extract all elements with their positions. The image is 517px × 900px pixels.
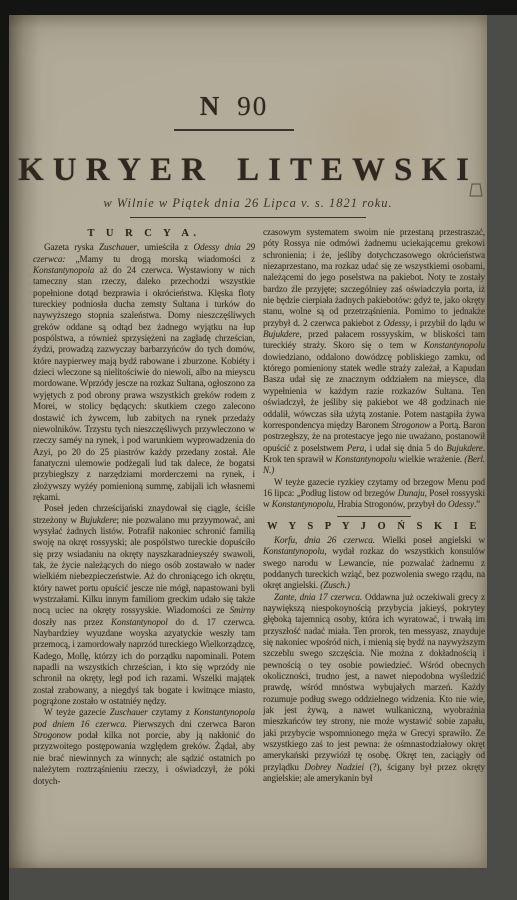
section-heading-turcya: T U R C Y A. [33,228,255,239]
paragraph: czasowym systematem swoim nie przestaną … [263,227,485,477]
issue-number-line: N90 [0,91,473,122]
article-columns: T U R C Y A. Gazeta ryska Zuschauer, umi… [9,218,487,845]
issue-prefix: N [200,91,222,121]
section-heading-wyspy-jonskie: W Y S P Y J O Ń S K I E [263,521,485,532]
right-column-text-bottom: Korfu, dnia 26 czerwca. Wielki poseł ang… [263,535,485,785]
section-divider [337,516,411,517]
paragraph: Korfu, dnia 26 czerwca. Wielki poseł ang… [263,535,485,592]
masthead-rule-top [174,129,294,131]
pencil-mark [468,182,484,199]
scanned-newspaper-page: { "masthead": { "issue_prefix": "N", "is… [0,0,517,900]
left-column: T U R C Y A. Gazeta ryska Zuschauer, umi… [33,227,255,845]
masthead: N90 KURYER LITEWSKI w Wilnie w Piątek dn… [9,15,487,218]
right-column: czasowym systematem swoim nie przestaną … [263,227,485,845]
paragraph: Gazeta ryska Zuschauer, umieściła z Odes… [33,242,255,503]
left-column-text: Gazeta ryska Zuschauer, umieściła z Odes… [33,242,255,787]
paragraph: W teyże gazecie ryzkiey czytamy od brzeg… [263,477,485,511]
right-column-text-top: czasowym systematem swoim nie przestaną … [263,227,485,511]
paragraph: W teyże gazecie Zuschauer czytamy z Kons… [33,707,255,786]
newspaper-title: KURYER LITEWSKI [9,152,487,189]
newspaper-sheet: N90 KURYER LITEWSKI w Wilnie w Piątek dn… [9,15,487,868]
scan-black-band-top [0,0,517,15]
issue-number: 90 [237,91,268,121]
paragraph: Poseł jeden chrześcijański znaydował się… [33,503,255,707]
paragraph: Zante, dnia 17 czerwca. Oddawna już ocze… [263,592,485,785]
scan-black-band-left [0,0,9,900]
dateline: w Wilnie w Piątek dnia 26 Lipca v. s. 18… [9,196,487,211]
